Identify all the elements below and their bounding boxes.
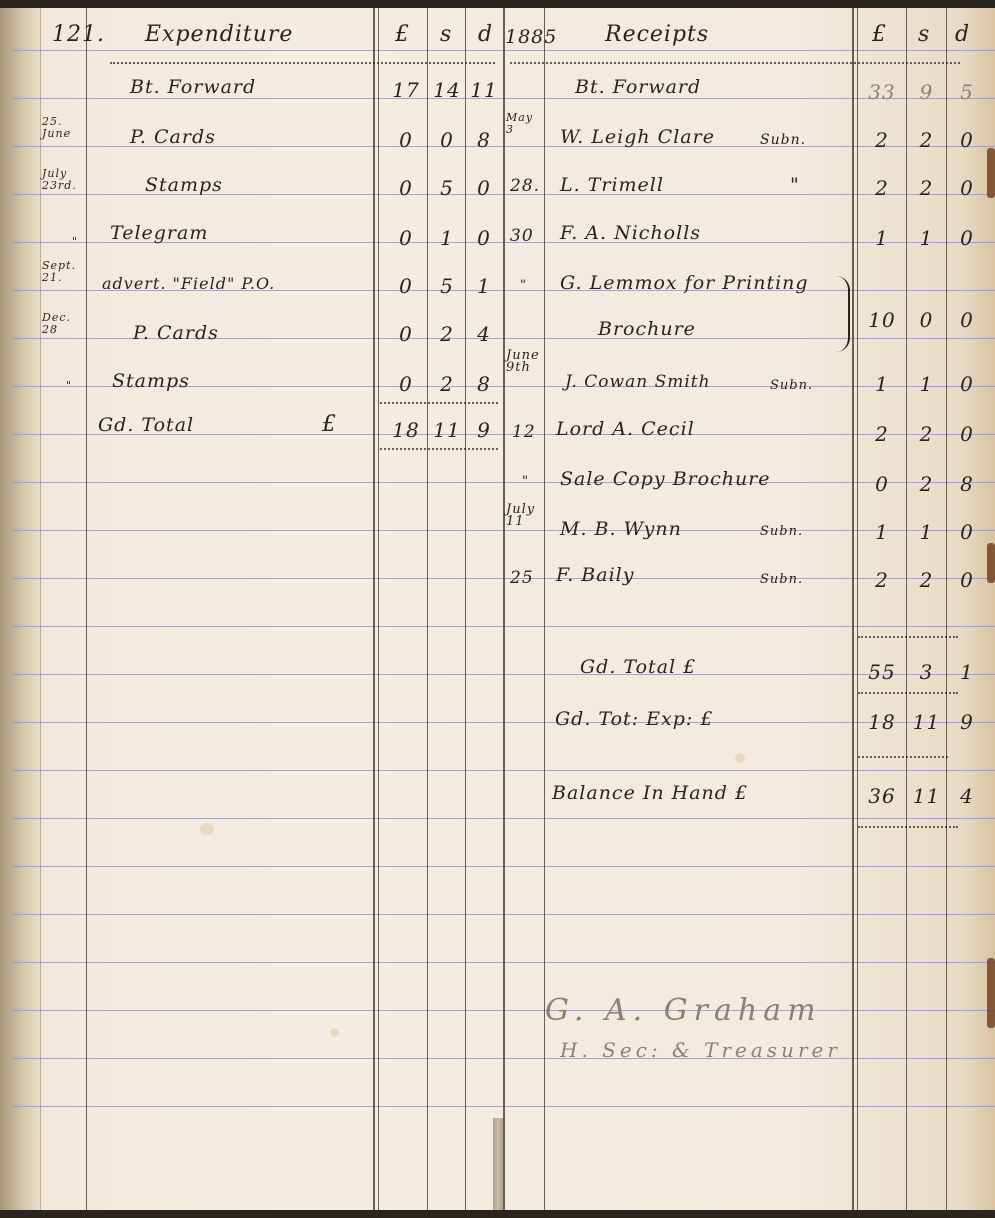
receipt-pounds: 10 bbox=[858, 308, 906, 332]
receipt-pounds: 1 bbox=[858, 226, 906, 250]
receipt-item: Bt. Forward bbox=[575, 76, 701, 98]
receipt-date: June 9th bbox=[506, 350, 542, 374]
expenditure-total-pounds: 18 bbox=[385, 418, 427, 442]
expenditure-pounds: 0 bbox=[385, 226, 427, 250]
expenditure-pence: 0 bbox=[466, 176, 502, 200]
expenditure-total-currency: £ bbox=[322, 412, 337, 437]
column-line bbox=[373, 8, 375, 1210]
expenditure-item: P. Cards bbox=[133, 322, 219, 344]
header-underline bbox=[510, 54, 960, 64]
receipt-date: " bbox=[522, 476, 529, 488]
receipt-date: 12 bbox=[512, 422, 536, 442]
balance-label: Balance In Hand £ bbox=[552, 782, 748, 804]
receipt-shillings: 1 bbox=[907, 520, 946, 544]
receipt-date: " bbox=[520, 280, 527, 292]
receipt-shillings: 0 bbox=[907, 308, 946, 332]
expenditure-item: P. Cards bbox=[130, 126, 216, 148]
column-line bbox=[378, 8, 379, 1210]
ink-drip bbox=[493, 1118, 503, 1210]
rust-mark bbox=[987, 148, 995, 198]
grand-total-exp-pounds: 18 bbox=[858, 710, 906, 734]
expenditure-total-pence: 9 bbox=[466, 418, 502, 442]
pence-header: d bbox=[955, 22, 970, 47]
receipt-shillings: 2 bbox=[907, 176, 946, 200]
expenditure-pence: 8 bbox=[466, 128, 502, 152]
receipt-item: Sale Copy Brochure bbox=[560, 468, 771, 490]
summary-underline bbox=[858, 818, 958, 828]
summary-underline bbox=[858, 684, 958, 694]
column-line bbox=[852, 8, 854, 1210]
column-line bbox=[86, 8, 87, 1210]
receipt-pounds: 33 bbox=[858, 80, 906, 104]
grand-total-shillings: 3 bbox=[907, 660, 946, 684]
receipt-note: Subn. bbox=[760, 574, 803, 586]
stain bbox=[200, 823, 214, 835]
expenditure-date: " bbox=[72, 236, 78, 248]
signature-name: G. A. Graham bbox=[545, 993, 822, 1028]
expenditure-pounds: 17 bbox=[385, 78, 427, 102]
receipt-note: Subn. bbox=[770, 380, 813, 392]
receipt-pence: 5 bbox=[947, 80, 987, 104]
expenditure-item: advert. "Field" P.O. bbox=[102, 274, 275, 293]
expenditure-shillings: 14 bbox=[428, 78, 466, 102]
expenditure-pounds: 0 bbox=[385, 176, 427, 200]
receipt-item: F. A. Nicholls bbox=[560, 222, 701, 244]
page-number: 121. bbox=[52, 22, 105, 47]
expenditure-shillings: 2 bbox=[428, 322, 466, 346]
receipts-heading: Receipts bbox=[605, 22, 709, 47]
expenditure-pence: 4 bbox=[466, 322, 502, 346]
receipt-pence: 0 bbox=[947, 176, 987, 200]
expenditure-item: Telegram bbox=[110, 222, 208, 244]
receipt-pence: 0 bbox=[947, 226, 987, 250]
grand-total-pounds: 55 bbox=[858, 660, 906, 684]
receipt-shillings: 2 bbox=[907, 568, 946, 592]
receipt-shillings: 1 bbox=[907, 372, 946, 396]
expenditure-date: July 23rd. bbox=[42, 168, 84, 192]
receipt-item: W. Leigh Clare bbox=[560, 126, 715, 148]
summary-underline bbox=[858, 628, 958, 638]
receipt-item: Lord A. Cecil bbox=[556, 418, 695, 440]
receipt-date: July 11 bbox=[506, 504, 542, 528]
grand-total-exp-label: Gd. Tot: Exp: £ bbox=[555, 708, 713, 730]
total-underline bbox=[380, 394, 498, 404]
receipt-pounds: 2 bbox=[858, 568, 906, 592]
ledger-page: 121. Expenditure £ s d 1885 Receipts £ s… bbox=[0, 8, 995, 1210]
receipt-pence: 0 bbox=[947, 372, 987, 396]
expenditure-pence: 11 bbox=[466, 78, 502, 102]
expenditure-pounds: 0 bbox=[385, 322, 427, 346]
brace bbox=[830, 276, 850, 352]
receipt-item: J. Cowan Smith bbox=[565, 372, 711, 392]
receipt-date: 30 bbox=[510, 226, 534, 246]
balance-pence: 4 bbox=[947, 784, 987, 808]
grand-total-exp-pence: 9 bbox=[947, 710, 987, 734]
grand-total-pence: 1 bbox=[947, 660, 987, 684]
receipt-pence: 0 bbox=[947, 422, 987, 446]
expenditure-date: " bbox=[66, 380, 72, 392]
expenditure-item: Stamps bbox=[112, 370, 190, 392]
expenditure-shillings: 5 bbox=[428, 176, 466, 200]
balance-pounds: 36 bbox=[858, 784, 906, 808]
header-underline bbox=[110, 54, 495, 64]
receipt-pence: 0 bbox=[947, 308, 987, 332]
expenditure-date: Sept. 21. bbox=[42, 260, 84, 284]
expenditure-pence: 8 bbox=[466, 372, 502, 396]
receipt-pounds: 2 bbox=[858, 422, 906, 446]
year-header: 1885 bbox=[505, 26, 557, 48]
receipt-note: Subn. bbox=[760, 134, 806, 146]
pence-header: d bbox=[478, 22, 493, 47]
receipt-pence: 0 bbox=[947, 568, 987, 592]
receipt-date: May 3 bbox=[506, 112, 542, 136]
receipt-pounds: 2 bbox=[858, 128, 906, 152]
expenditure-shillings: 1 bbox=[428, 226, 466, 250]
expenditure-pence: 1 bbox=[466, 274, 502, 298]
receipt-pence: 8 bbox=[947, 472, 987, 496]
balance-shillings: 11 bbox=[907, 784, 946, 808]
receipt-note: Subn. bbox=[760, 526, 803, 538]
pounds-header: £ bbox=[872, 22, 887, 47]
shillings-header: s bbox=[918, 22, 930, 47]
expenditure-date: Dec. 28 bbox=[42, 312, 84, 336]
pounds-header: £ bbox=[395, 22, 410, 47]
receipt-item: L. Trimell bbox=[560, 174, 664, 196]
expenditure-pounds: 0 bbox=[385, 128, 427, 152]
receipt-pounds: 0 bbox=[858, 472, 906, 496]
column-line bbox=[503, 8, 505, 1210]
expenditure-shillings: 0 bbox=[428, 128, 466, 152]
receipt-item-line1: G. Lemmox for Printing bbox=[560, 272, 809, 294]
receipt-shillings: 1 bbox=[907, 226, 946, 250]
expenditure-pounds: 0 bbox=[385, 372, 427, 396]
page-edge bbox=[0, 8, 41, 1210]
expenditure-pounds: 0 bbox=[385, 274, 427, 298]
column-line bbox=[544, 8, 545, 1210]
receipt-date: 25 bbox=[510, 568, 534, 588]
summary-underline bbox=[858, 748, 948, 758]
receipt-shillings: 2 bbox=[907, 128, 946, 152]
expenditure-total-shillings: 11 bbox=[428, 418, 466, 442]
receipt-item: F. Baily bbox=[556, 564, 634, 586]
receipt-note: " bbox=[790, 174, 800, 196]
receipt-pounds: 1 bbox=[858, 372, 906, 396]
receipt-pounds: 1 bbox=[858, 520, 906, 544]
receipt-shillings: 2 bbox=[907, 422, 946, 446]
expenditure-total-label: Gd. Total bbox=[98, 414, 194, 436]
receipt-shillings: 9 bbox=[907, 80, 946, 104]
rust-mark bbox=[987, 543, 995, 583]
expenditure-shillings: 2 bbox=[428, 372, 466, 396]
shillings-header: s bbox=[440, 22, 452, 47]
grand-total-label: Gd. Total £ bbox=[580, 656, 696, 678]
grand-total-exp-shillings: 11 bbox=[907, 710, 946, 734]
stain bbox=[735, 753, 745, 763]
signature-title: H. Sec: & Treasurer bbox=[560, 1038, 841, 1062]
receipt-date: 28. bbox=[510, 176, 540, 196]
receipt-shillings: 2 bbox=[907, 472, 946, 496]
total-underline bbox=[380, 440, 498, 450]
receipt-pence: 0 bbox=[947, 520, 987, 544]
receipt-pounds: 2 bbox=[858, 176, 906, 200]
stain bbox=[330, 1028, 339, 1037]
expenditure-pence: 0 bbox=[466, 226, 502, 250]
expenditure-item: Bt. Forward bbox=[130, 76, 256, 98]
receipt-pence: 0 bbox=[947, 128, 987, 152]
expenditure-date: 25. June bbox=[42, 116, 84, 140]
receipt-item: M. B. Wynn bbox=[560, 518, 682, 540]
expenditure-heading: Expenditure bbox=[145, 22, 293, 47]
expenditure-item: Stamps bbox=[145, 174, 223, 196]
receipt-item-line2: Brochure bbox=[598, 318, 696, 340]
expenditure-shillings: 5 bbox=[428, 274, 466, 298]
rust-mark bbox=[987, 958, 995, 1028]
